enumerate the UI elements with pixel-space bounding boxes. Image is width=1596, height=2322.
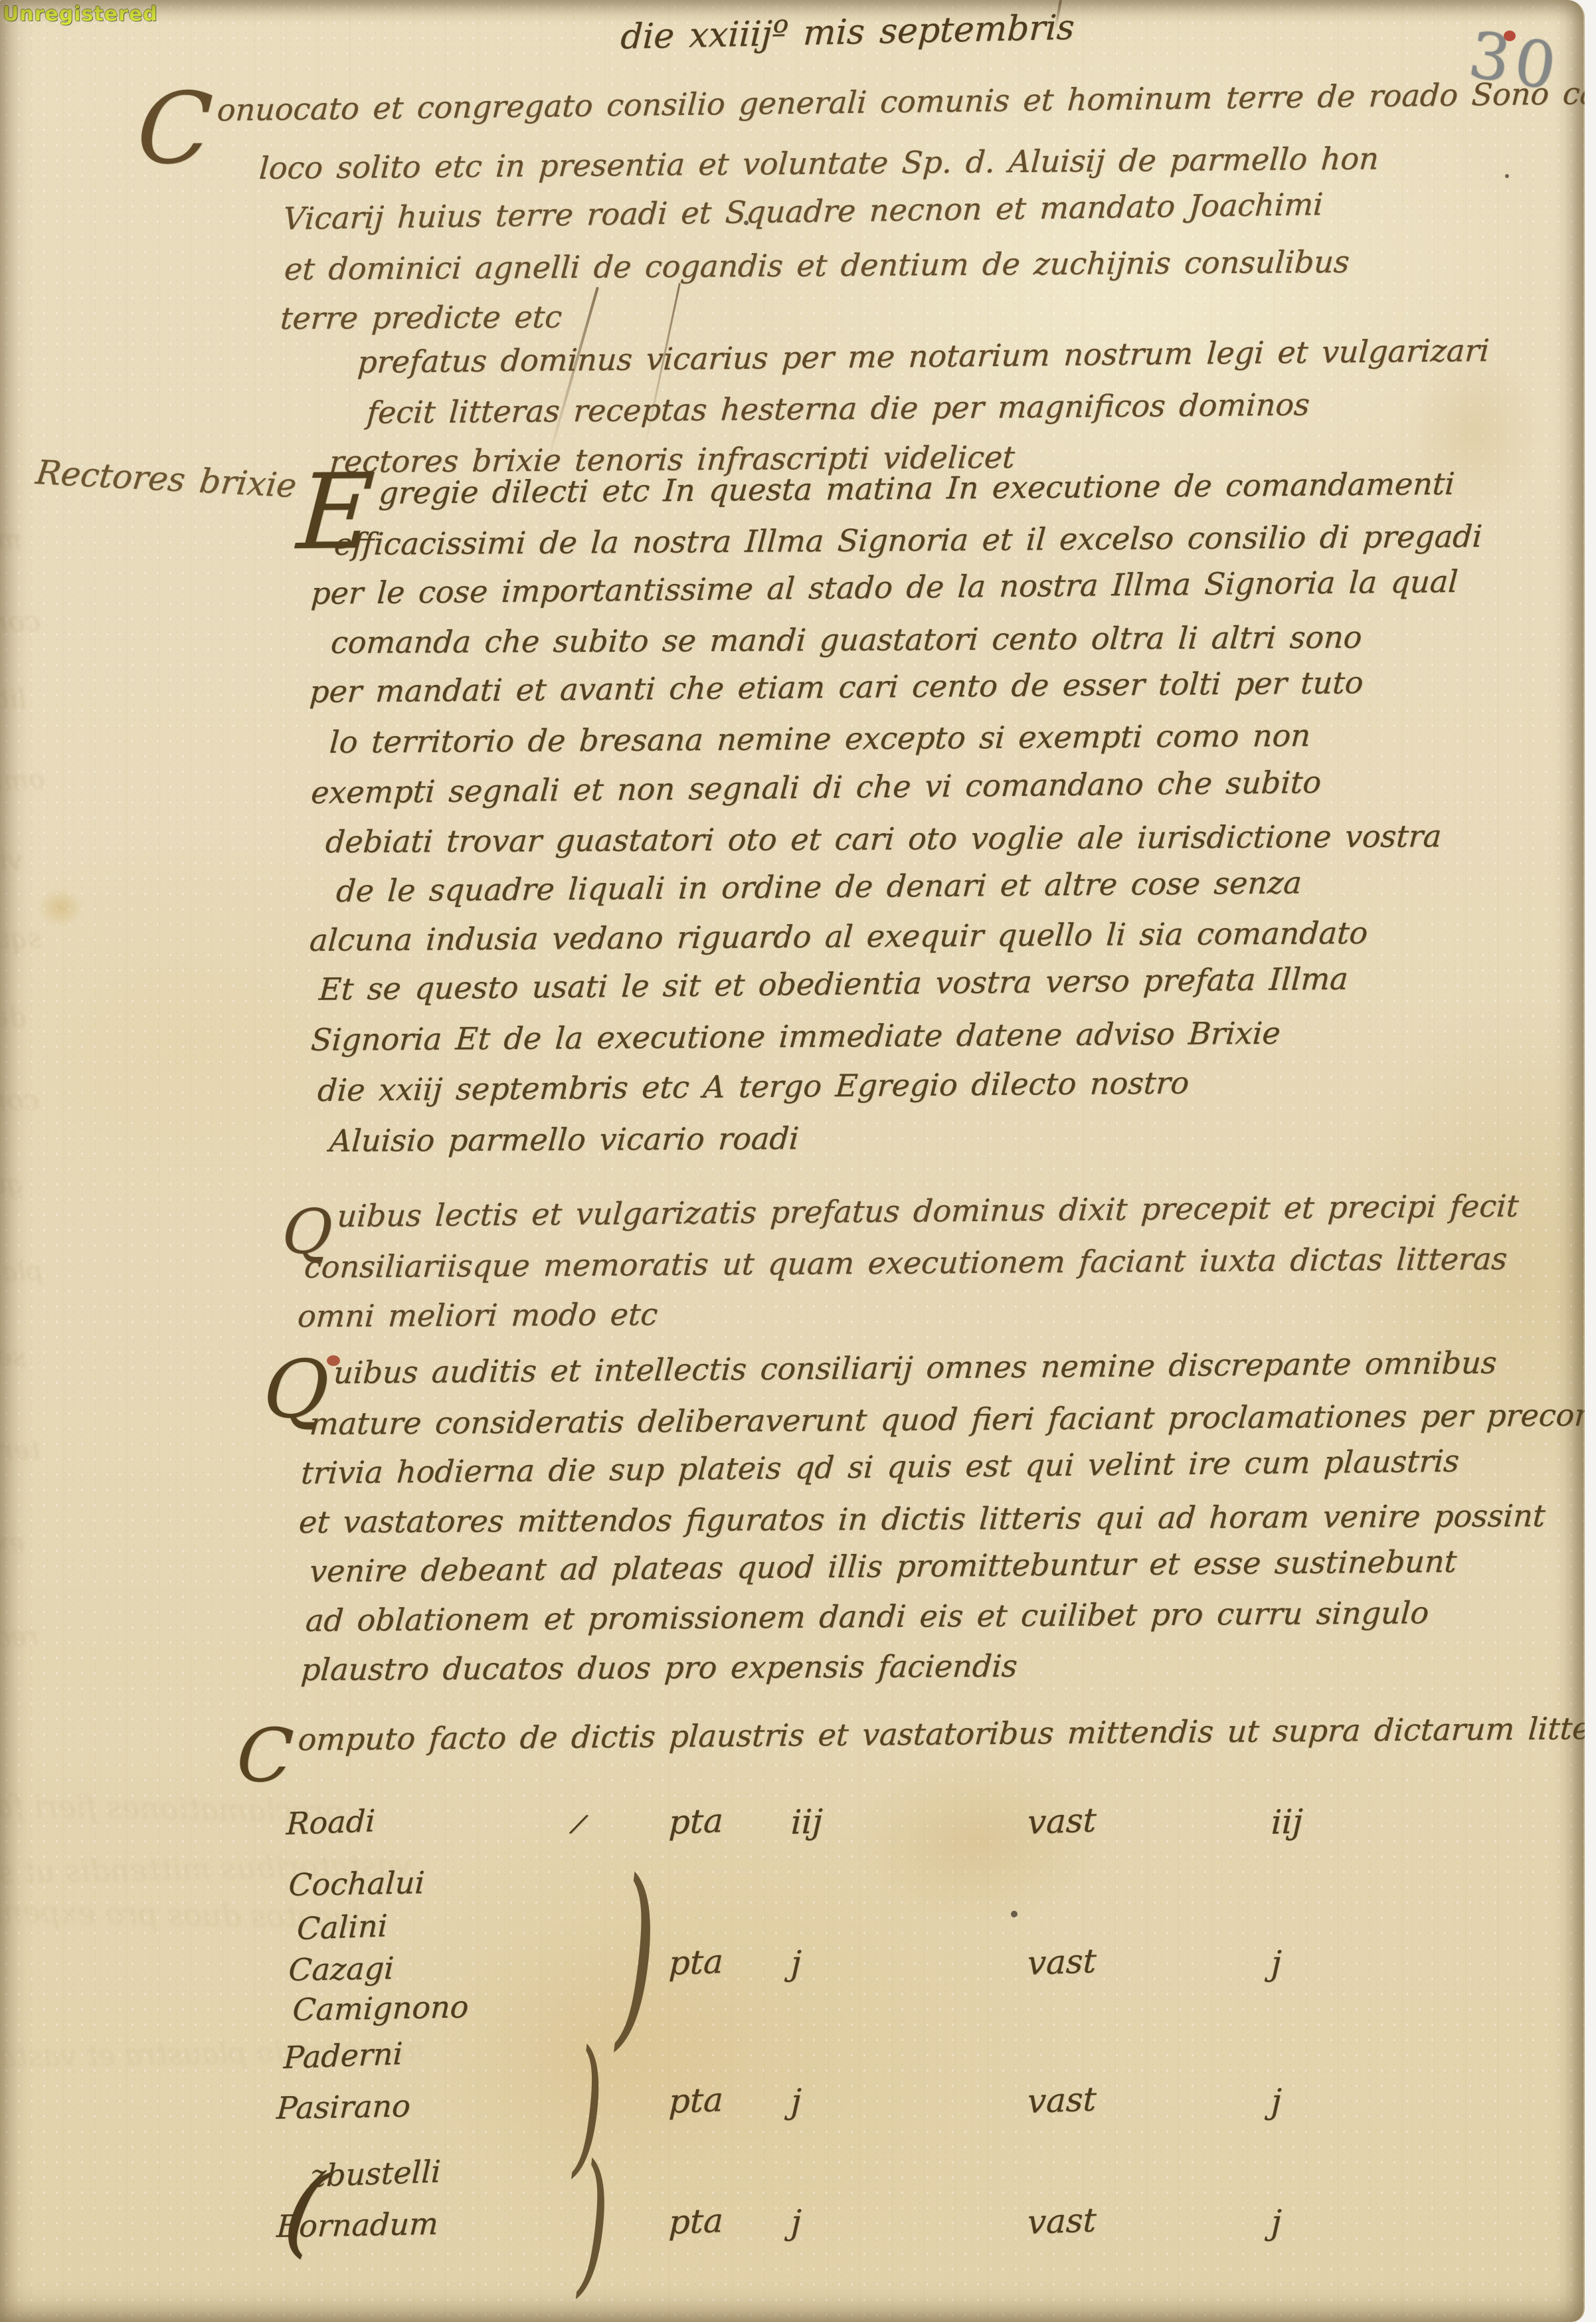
letter-line: per mandati et avanti che etiam cari cen… bbox=[309, 664, 1365, 710]
vast-value: iij bbox=[1271, 1802, 1304, 1842]
initial-capital: C bbox=[234, 1714, 296, 1800]
letter-line: alcuna indusia vedano riguardo al exequi… bbox=[309, 915, 1369, 958]
red-dot bbox=[1504, 31, 1516, 41]
pta-label: pta bbox=[668, 2080, 724, 2121]
letter-line: comanda che subito se mandi guastatori c… bbox=[330, 619, 1364, 660]
vast-value: j bbox=[1271, 2202, 1283, 2242]
deliberation-line: mature consideratis deliberaverunt quod … bbox=[309, 1397, 1585, 1442]
pta-label: pta bbox=[668, 1801, 724, 1842]
pta-label: pta bbox=[668, 2201, 724, 2242]
deliberation-line: et vastatores mittendos figuratos in dic… bbox=[298, 1498, 1547, 1540]
vast-label: vast bbox=[1027, 2080, 1097, 2121]
order-line: Quibus lectis et vulgarizatis prefatus d… bbox=[282, 1188, 1520, 1234]
place-name: Cazagi bbox=[288, 1950, 395, 1988]
reading-line: fecit litteras receptas hesterna die per… bbox=[366, 387, 1311, 431]
place-name: Camignono bbox=[292, 1988, 470, 2028]
vast-value: j bbox=[1271, 2081, 1283, 2121]
convocation-line: terre predicte etc bbox=[280, 299, 563, 336]
pta-value: j bbox=[790, 1943, 802, 1983]
place-name: Roadi bbox=[286, 1802, 376, 1842]
manuscript-page: mandatoconsiliolitterasomnibusvicariosqu… bbox=[0, 0, 1585, 2322]
letter-line: exempti segnali et non segnali di che vi… bbox=[310, 764, 1322, 811]
separator-tick: / bbox=[570, 1808, 588, 1840]
order-line: omni meliori modo etc bbox=[297, 1296, 660, 1334]
heading-line: die xxiiijº mis septembris bbox=[620, 8, 1075, 57]
pta-value: j bbox=[790, 2081, 802, 2121]
reading-line: prefatus dominus vicarius per me notariu… bbox=[357, 332, 1490, 380]
deliberation-line: trivia hodierna die sup plateis qd si qu… bbox=[300, 1443, 1461, 1491]
scanned-document: mandatoconsiliolitterasomnibusvicariosqu… bbox=[0, 0, 1596, 2322]
place-name: Paderni bbox=[283, 2036, 403, 2076]
letter-line: Et se questo usati le sit et obedientia … bbox=[318, 961, 1350, 1007]
text-layer: die xxiiijº mis septembrisConuocato et c… bbox=[0, 0, 1585, 2322]
folio-number: 30 bbox=[1464, 17, 1566, 105]
letter-line: die xxiij septembris etc A tergo Egregio… bbox=[317, 1065, 1190, 1108]
place-name: Cochalui bbox=[288, 1864, 426, 1903]
deliberation-line: plaustro ducatos duos pro expensis facie… bbox=[300, 1648, 1019, 1688]
computation-line: Computo facto de dictis plaustris et vas… bbox=[237, 1709, 1585, 1758]
pta-label: pta bbox=[668, 1942, 724, 1983]
order-line: consiliariisque memoratis ut quam execut… bbox=[304, 1240, 1508, 1285]
group-brace-icon: ) bbox=[616, 1854, 658, 2056]
pta-value: j bbox=[790, 2202, 802, 2242]
vast-value: j bbox=[1271, 1943, 1283, 1983]
letter-line: Aluisio parmello vicario roadi bbox=[329, 1120, 800, 1159]
letter-line: efficacissimi de la nostra Illma Signori… bbox=[333, 518, 1484, 562]
convocation-line: Conuocato et congregato consilio general… bbox=[137, 74, 1585, 129]
deliberation-line: ad oblationem et promissionem dandi eis … bbox=[305, 1595, 1430, 1638]
letter-line: per le cose importantissime al stado de … bbox=[310, 563, 1459, 611]
unregistered-watermark: Unregistered bbox=[3, 3, 158, 26]
convocation-line: Vicarij huius terre roadi et Squadre nec… bbox=[282, 186, 1324, 237]
pta-value: iij bbox=[790, 1802, 824, 1842]
group-brace-icon: ) bbox=[577, 2143, 610, 2301]
vast-label: vast bbox=[1027, 1941, 1097, 1983]
vast-label: vast bbox=[1027, 2200, 1097, 2242]
convocation-line: loco solito etc in presentia et voluntat… bbox=[258, 140, 1380, 186]
letter-line: lo territorio de bresana nemine excepto … bbox=[329, 718, 1312, 760]
deliberation-line: venire debeant ad plateas quod illis pro… bbox=[309, 1543, 1458, 1589]
initial-capital: C bbox=[134, 70, 216, 186]
place-name: Pasirano bbox=[276, 2087, 411, 2126]
letter-line: debiati trovar guastatori oto et cari ot… bbox=[325, 818, 1443, 860]
convocation-line: et dominici agnelli de cogandis et denti… bbox=[284, 244, 1351, 287]
place-name: Calini bbox=[296, 1907, 388, 1947]
letter-line: de le squadre liquali in ordine de denar… bbox=[335, 864, 1303, 909]
vast-label: vast bbox=[1027, 1800, 1097, 1842]
margin-note: Rectores brixie bbox=[34, 453, 299, 505]
deliberation-line: Quibus auditis et intellectis consiliari… bbox=[264, 1345, 1498, 1391]
letter-line: Signoria Et de la executione immediate d… bbox=[310, 1015, 1282, 1058]
